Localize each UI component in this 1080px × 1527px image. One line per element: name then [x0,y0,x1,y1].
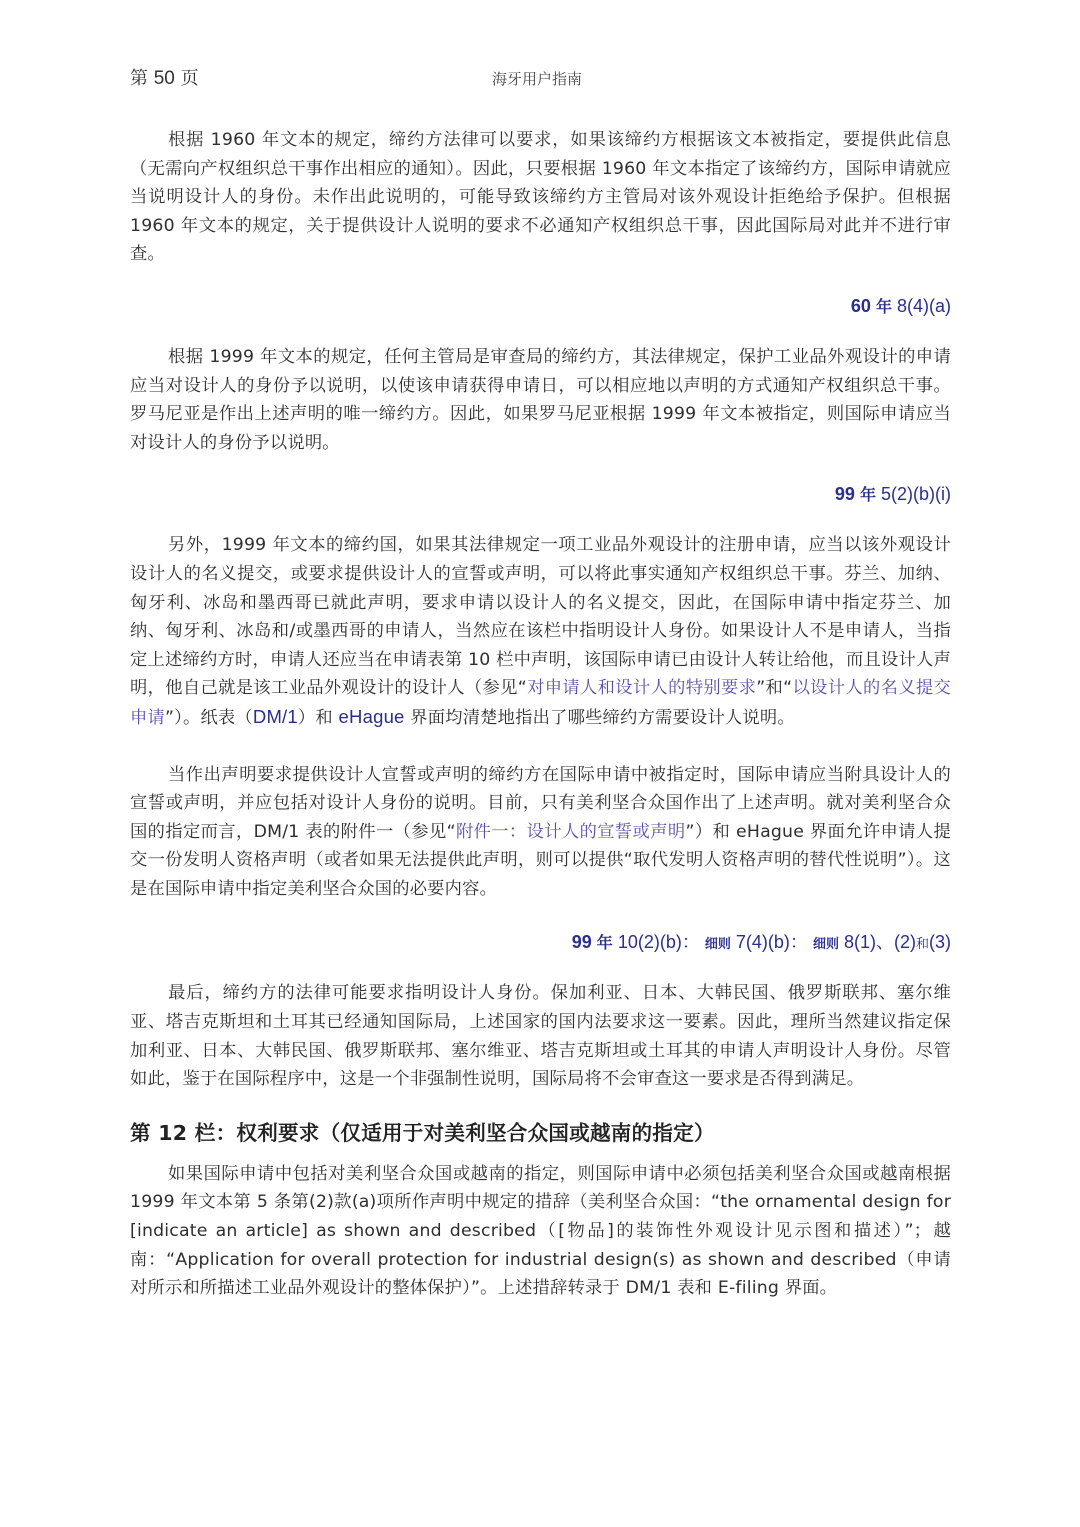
rule-ref: 7(4)(b)： [736,932,808,952]
document-body: 根据 1960 年文本的规定，缔约方法律可以要求，如果该缔约方根据该文本被指定，… [130,126,951,1303]
rule-label: 细则 [705,937,731,952]
rule-label: 细则 [813,937,839,952]
link-special-requirements[interactable]: 对申请人和设计人的特别要求 [527,678,756,698]
ref-year: 99 [835,484,855,504]
ref-year: 60 [851,296,871,316]
reference-99-5-2-b-i: 99 年 5(2)(b)(i) [130,482,951,505]
paragraph-1999-examining-office: 根据 1999 年文本的规定，任何主管局是审查局的缔约方，其法律规定，保护工业品… [130,343,951,457]
text: ”和“ [756,678,792,698]
paragraph-oath-declaration: 当作出声明要求提供设计人宣誓或声明的缔约方在国际申请中被指定时，国际申请应当附具… [130,761,951,904]
running-title: 海牙用户指南 [492,68,582,89]
page-prefix: 第 [130,68,148,89]
ref-article: 5(2)(b)(i) [881,484,951,504]
rule-ref: (3) [929,932,951,952]
reference-60-8-4-a: 60 年 8(4)(a) [130,294,951,317]
section-title-item-12-claim: 第 12 栏：权利要求（仅适用于对美利坚合众国或越南的指定） [130,1116,951,1146]
text: 界面均清楚地指出了哪些缔约方需要设计人说明。 [405,708,795,728]
ref-year-label: 年 [860,485,876,504]
page-suffix: 页 [181,68,199,89]
page-number-value: 50 [154,68,175,89]
paragraph-creator-filing: 另外，1999 年文本的缔约国，如果其法律规定一项工业品外观设计的注册申请，应当… [130,531,951,732]
page-number: 第 50 页 [130,64,199,90]
ref-article: 8(4)(a) [897,296,951,316]
text: ）和 [298,708,339,728]
link-annex-1-oath[interactable]: 附件一：设计人的宣誓或声明 [456,822,686,842]
paragraph-claim-wording: 如果国际申请中包括对美利坚合众国或越南的指定，则国际申请中必须包括美利坚合众国或… [130,1160,951,1303]
paragraph-national-law-creator: 最后，缔约方的法律可能要求指明设计人身份。保加利亚、日本、大韩民国、俄罗斯联邦、… [130,979,951,1093]
text: 另外，1999 年文本的缔约国，如果其法律规定一项工业品外观设计的注册申请，应当… [130,535,951,698]
ref-year-label: 年 [597,933,613,952]
paragraph-1960-text: 根据 1960 年文本的规定，缔约方法律可以要求，如果该缔约方根据该文本被指定，… [130,126,951,269]
rule-and: 和 [916,937,929,952]
ref-article: 10(2)(b)： [618,932,700,952]
ehague-label: eHague [339,706,405,727]
reference-99-10-rules-7-8: 99 年 10(2)(b)： 细则 7(4)(b)： 细则 8(1)、(2)和(… [130,928,951,954]
rule-ref: 8(1)、(2) [844,932,916,952]
dm1-form-label: DM/1 [253,706,298,727]
ref-year-label: 年 [876,297,892,316]
text: ”）。纸表（ [165,708,253,728]
ref-year: 99 [572,932,592,952]
page-header: 第 50 页 海牙用户指南 [130,64,950,94]
